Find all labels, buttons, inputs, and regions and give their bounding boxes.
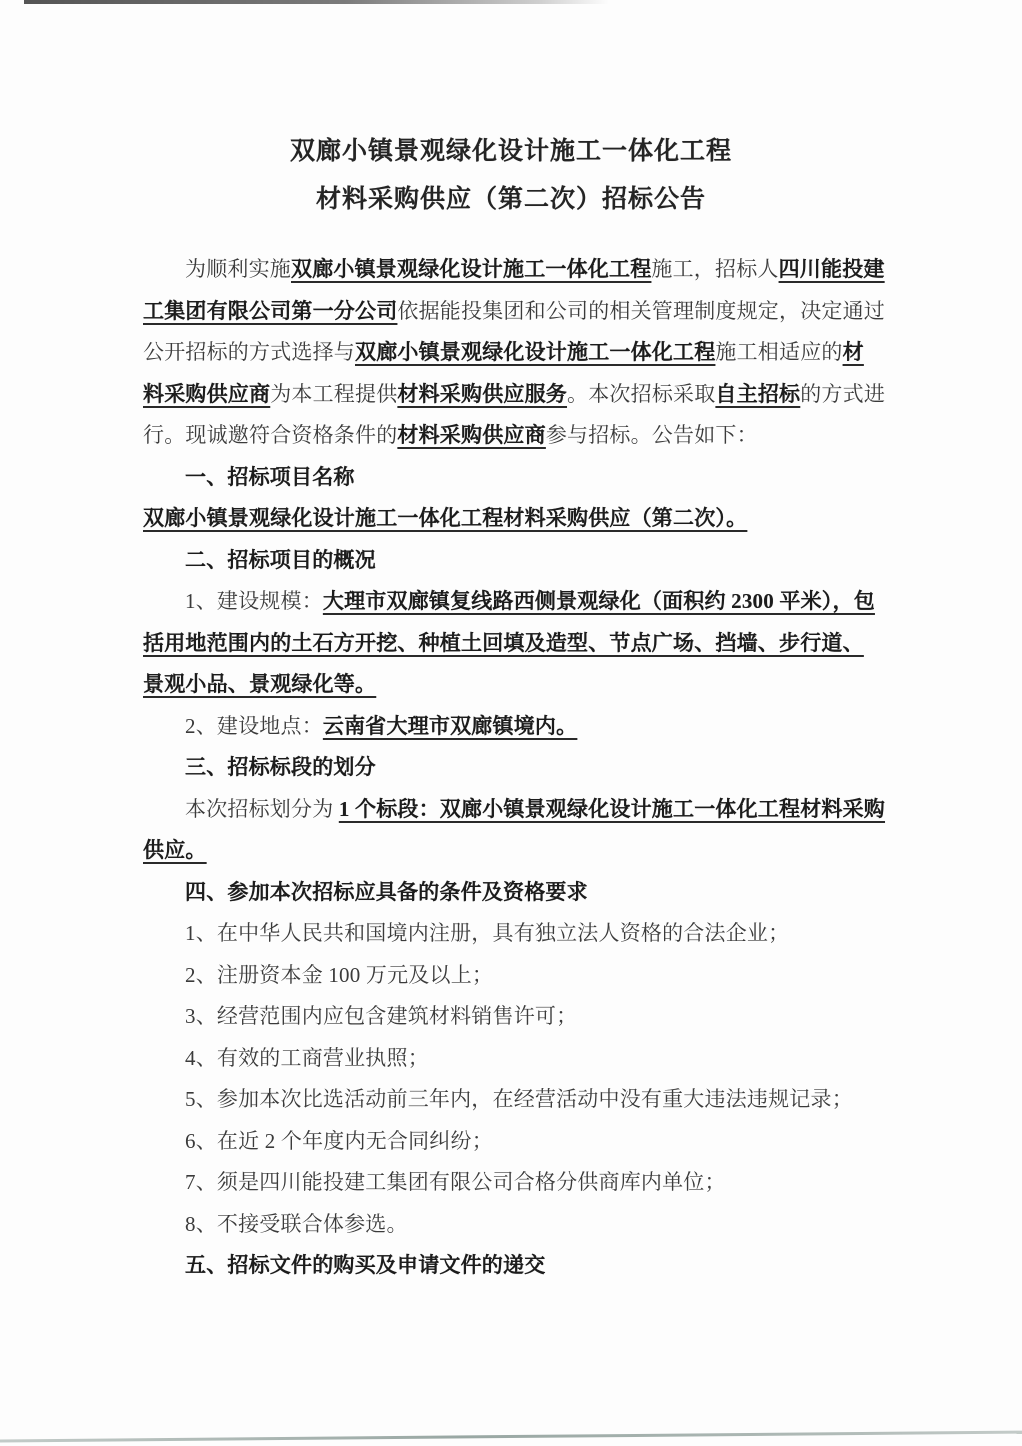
- text-line: 7、须是四川能投建工集团有限公司合格分供商库内单位；: [143, 1162, 888, 1204]
- underlined-text-segment: 材料采购供应服务: [397, 382, 567, 406]
- text-line: 四、参加本次招标应具备的条件及资格要求: [143, 872, 888, 914]
- underlined-text-segment: 双廊小镇景观绿化设计施工一体化工程: [355, 340, 715, 364]
- text-segment: 施工，招标人: [651, 257, 778, 281]
- text-line: 料采购供应商为本工程提供材料采购供应服务。本次招标采取自主招标的方式进: [143, 374, 888, 416]
- text-segment: 施工相适应的: [715, 340, 842, 364]
- text-segment: 一、招标项目名称: [185, 465, 355, 489]
- text-line: 4、有效的工商营业执照；: [143, 1038, 888, 1080]
- text-segment: 8、不接受联合体参选。: [185, 1212, 408, 1236]
- text-segment: 1、建设规模：: [185, 589, 323, 613]
- underlined-text-segment: 云南省大理市双廊镇境内。: [323, 714, 577, 738]
- text-line: 行。现诚邀符合资格条件的材料采购供应商参与招标。公告如下：: [143, 415, 888, 457]
- underlined-text-segment: 双廊小镇景观绿化设计施工一体化工程: [291, 257, 651, 281]
- text-line: 1、建设规模：大理市双廊镇复线路西侧景观绿化（面积约 2300 平米），包: [143, 581, 888, 623]
- underlined-text-segment: 四川能投建: [779, 257, 885, 281]
- underlined-text-segment: 材: [843, 340, 864, 364]
- text-segment: 1、在中华人民共和国境内注册，具有独立法人资格的合法企业；: [185, 921, 789, 945]
- underlined-text-segment: 括用地范围内的土石方开挖、种植土回填及造型、节点广场、挡墙、步行道、: [143, 631, 864, 655]
- text-segment: 三、招标标段的划分: [185, 755, 376, 779]
- underlined-text-segment: 双廊小镇景观绿化设计施工一体化工程材料采购供应（第二次）。: [143, 506, 747, 530]
- text-line: 二、招标项目的概况: [143, 540, 888, 582]
- text-line: 5、参加本次比选活动前三年内，在经营活动中没有重大违法违规记录；: [143, 1079, 888, 1121]
- text-segment: 2、注册资本金 100 万元及以上；: [185, 963, 493, 987]
- underlined-text-segment: 工集团有限公司第一分公司: [143, 299, 397, 323]
- text-line: 2、建设地点：云南省大理市双廊镇境内。: [143, 706, 888, 748]
- text-line: 括用地范围内的土石方开挖、种植土回填及造型、节点广场、挡墙、步行道、: [143, 623, 888, 665]
- text-segment: 二、招标项目的概况: [185, 548, 376, 572]
- text-line: 景观小品、景观绿化等。: [143, 664, 888, 706]
- underlined-text-segment: 大理市双廊镇复线路西侧景观绿化（面积约 2300 平米），包: [323, 589, 875, 613]
- text-segment: 依据能投集团和公司的相关管理制度规定，决定通过: [397, 299, 885, 323]
- text-segment: 3、经营范围内应包含建筑材料销售许可；: [185, 1004, 577, 1028]
- text-segment: 五、招标文件的购买及申请文件的递交: [185, 1253, 545, 1277]
- text-line: 一、招标项目名称: [143, 457, 888, 499]
- text-line: 供应。: [143, 830, 888, 872]
- text-line: 为顺利实施双廊小镇景观绿化设计施工一体化工程施工，招标人四川能投建: [143, 249, 888, 291]
- document-body: 为顺利实施双廊小镇景观绿化设计施工一体化工程施工，招标人四川能投建工集团有限公司…: [143, 249, 888, 1287]
- text-segment: 四、参加本次招标应具备的条件及资格要求: [185, 880, 588, 904]
- text-segment: 。本次招标采取: [567, 382, 715, 406]
- text-line: 工集团有限公司第一分公司依据能投集团和公司的相关管理制度规定，决定通过: [143, 291, 888, 333]
- text-line: 3、经营范围内应包含建筑材料销售许可；: [143, 996, 888, 1038]
- underlined-text-segment: 料采购供应商: [143, 382, 270, 406]
- text-segment: 行。现诚邀符合资格条件的: [143, 423, 397, 447]
- text-line: 本次招标划分为 1 个标段：双廊小镇景观绿化设计施工一体化工程材料采购: [143, 789, 888, 831]
- scanned-document-page: 双廊小镇景观绿化设计施工一体化工程 材料采购供应（第二次）招标公告 为顺利实施双…: [0, 0, 1022, 1446]
- text-segment: 本次招标划分为: [185, 797, 339, 821]
- scan-artifact-top-line: [24, 0, 609, 4]
- underlined-text-segment: 1 个标段：双廊小镇景观绿化设计施工一体化工程材料采购: [339, 797, 885, 821]
- text-line: 双廊小镇景观绿化设计施工一体化工程材料采购供应（第二次）。: [143, 498, 888, 540]
- text-line: 公开招标的方式选择与双廊小镇景观绿化设计施工一体化工程施工相适应的材: [143, 332, 888, 374]
- text-line: 1、在中华人民共和国境内注册，具有独立法人资格的合法企业；: [143, 913, 888, 955]
- text-segment: 2、建设地点：: [185, 714, 323, 738]
- document-title: 双廊小镇景观绿化设计施工一体化工程 材料采购供应（第二次）招标公告: [0, 128, 1022, 223]
- scan-artifact-bottom-line: [0, 1430, 1022, 1442]
- text-segment: 的方式进: [800, 382, 885, 406]
- underlined-text-segment: 供应。: [143, 838, 207, 862]
- underlined-text-segment: 自主招标: [715, 382, 800, 406]
- text-line: 三、招标标段的划分: [143, 747, 888, 789]
- document-title-line-1: 双廊小镇景观绿化设计施工一体化工程: [0, 128, 1022, 176]
- text-line: 2、注册资本金 100 万元及以上；: [143, 955, 888, 997]
- text-segment: 5、参加本次比选活动前三年内，在经营活动中没有重大违法违规记录；: [185, 1087, 853, 1111]
- text-segment: 为本工程提供: [270, 382, 397, 406]
- text-segment: 6、在近 2 个年度内无合同纠纷；: [185, 1129, 493, 1153]
- text-segment: 7、须是四川能投建工集团有限公司合格分供商库内单位；: [185, 1170, 726, 1194]
- text-segment: 公开招标的方式选择与: [143, 340, 355, 364]
- underlined-text-segment: 景观小品、景观绿化等。: [143, 672, 376, 696]
- text-line: 8、不接受联合体参选。: [143, 1204, 888, 1246]
- text-segment: 4、有效的工商营业执照；: [185, 1046, 429, 1070]
- text-line: 6、在近 2 个年度内无合同纠纷；: [143, 1121, 888, 1163]
- text-segment: 参与招标。公告如下：: [546, 423, 758, 447]
- underlined-text-segment: 材料采购供应商: [397, 423, 545, 447]
- text-line: 五、招标文件的购买及申请文件的递交: [143, 1245, 888, 1287]
- text-segment: 为顺利实施: [185, 257, 291, 281]
- document-title-line-2: 材料采购供应（第二次）招标公告: [0, 176, 1022, 224]
